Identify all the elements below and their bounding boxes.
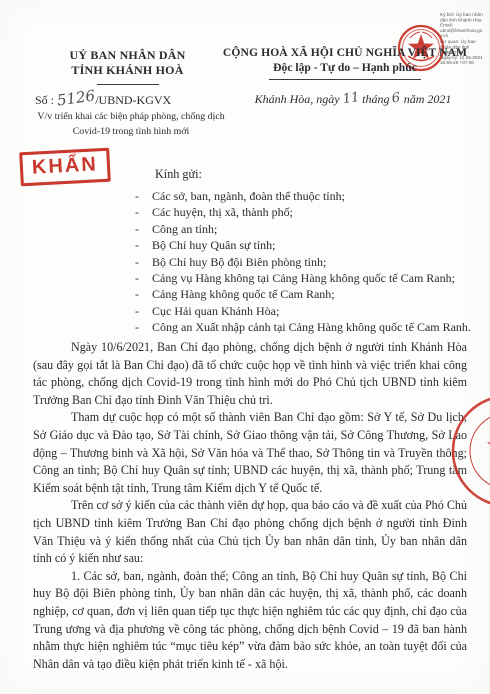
official-round-seal: ỦY BAN NHÂN DÂN xyxy=(448,391,490,511)
national-title: CỘNG HOÀ XÃ HỘI CHỦ NGHĨA VIỆT NAM xyxy=(222,46,468,60)
national-header-block: CỘNG HOÀ XÃ HỘI CHỦ NGHĨA VIỆT NAM Độc l… xyxy=(222,46,468,80)
recipient-item: - Các sở, ban, ngành, đoàn thể thuộc tỉn… xyxy=(135,188,471,204)
date-part1: Khánh Hòa, ngày xyxy=(255,92,340,106)
body-paragraph: 1. Các sở, ban, ngành, đoàn thể; Công an… xyxy=(33,568,467,674)
recipient-label: Các huyện, thị xã, thành phố; xyxy=(152,204,293,220)
recipient-list: - Các sở, ban, ngành, đoàn thể thuộc tỉn… xyxy=(135,188,471,336)
body-paragraph: Trên cơ sở ý kiến của các thành viên dự … xyxy=(33,497,467,567)
document-page: Ký bởi: Ủy ban nhân dân tỉnh Khánh Hòa E… xyxy=(0,0,490,694)
recipient-bullet: - xyxy=(135,303,152,319)
recipient-bullet: - xyxy=(135,204,152,220)
recipient-item: - Cục Hải quan Khánh Hòa; xyxy=(135,303,471,319)
date-part3: năm 2021 xyxy=(404,92,452,106)
recipient-label: Công an tỉnh; xyxy=(152,221,217,237)
recipient-label: Các sở, ban, ngành, đoàn thể thuộc tỉnh; xyxy=(152,188,345,204)
recipient-bullet: - xyxy=(135,286,152,302)
recipient-item: - Cảng vụ Hàng không tại Cảng Hàng không… xyxy=(135,270,471,286)
recipient-bullet: - xyxy=(135,319,152,335)
recipient-item: - Bộ Chỉ huy Bộ đội Biên phòng tỉnh; xyxy=(135,254,471,270)
document-body: Ngày 10/6/2021, Ban Chỉ đạo phòng, chống… xyxy=(33,339,467,673)
date-part2: tháng xyxy=(362,92,389,106)
recipient-label: Cảng Hàng không quốc tế Cam Ranh; xyxy=(152,286,335,302)
recipient-label: Cục Hải quan Khánh Hòa; xyxy=(152,303,279,319)
recipient-item: - Các huyện, thị xã, thành phố; xyxy=(135,204,471,220)
recipient-item: - Công an tỉnh; xyxy=(135,221,471,237)
body-paragraph-text: 1. Các sở, ban, ngành, đoàn thể; Công an… xyxy=(33,569,467,671)
doc-number-suffix: /UBND-KGVX xyxy=(95,93,171,107)
body-paragraph-text: Ngày 10/6/2021, Ban Chỉ đạo phòng, chống… xyxy=(33,340,467,407)
recipient-item: - Cảng Hàng không quốc tế Cam Ranh; xyxy=(135,286,471,302)
body-paragraph: Tham dự cuộc họp có một số thành viên Ba… xyxy=(33,409,467,497)
body-paragraph-text: Tham dự cuộc họp có một số thành viên Ba… xyxy=(33,410,467,494)
document-number-line: Số : 5126/UBND-KGVX xyxy=(35,90,171,108)
issuer-block: UỶ BAN NHÂN DÂN TỈNH KHÁNH HOÀ xyxy=(30,48,225,85)
date-day-handwritten: 11 xyxy=(341,90,359,107)
recipient-bullet: - xyxy=(135,254,152,270)
national-motto: Độc lập - Tự do – Hạnh phúc xyxy=(222,60,468,76)
motto-divider xyxy=(269,79,421,80)
date-month-handwritten: 6 xyxy=(391,91,401,107)
doc-number-prefix: Số : xyxy=(35,93,54,107)
salutation: Kính gửi: xyxy=(155,167,202,182)
body-paragraph: Ngày 10/6/2021, Ban Chỉ đạo phòng, chống… xyxy=(33,339,467,409)
recipient-bullet: - xyxy=(135,237,152,253)
recipient-label: Bộ Chỉ huy Bộ đội Biên phòng tỉnh; xyxy=(152,254,326,270)
body-paragraph-text: Trên cơ sở ý kiến của các thành viên dự … xyxy=(33,498,467,565)
recipient-bullet: - xyxy=(135,188,152,204)
recipient-bullet: - xyxy=(135,270,152,286)
recipient-bullet: - xyxy=(135,221,152,237)
issuer-name-line1: UỶ BAN NHÂN DÂN xyxy=(30,48,225,63)
recipient-item: - Công an Xuất nhập cảnh tại Cảng Hàng k… xyxy=(135,319,471,335)
recipient-label: Bộ Chỉ huy Quân sự tỉnh; xyxy=(152,237,276,253)
recipient-item: - Bộ Chỉ huy Quân sự tỉnh; xyxy=(135,237,471,253)
document-subject: V/v triển khai các biện pháp phòng, chốn… xyxy=(33,110,229,139)
issuer-divider xyxy=(97,84,159,85)
recipient-label: Công an Xuất nhập cảnh tại Cảng Hàng khô… xyxy=(152,319,471,335)
place-date-line: Khánh Hòa, ngày 11 tháng 6 năm 2021 xyxy=(238,92,468,107)
doc-number-handwritten: 5126 xyxy=(56,86,96,109)
urgent-stamp: KHẨN xyxy=(19,148,110,187)
recipient-label: Cảng vụ Hàng không tại Cảng Hàng không q… xyxy=(152,270,455,286)
issuer-name-line2: TỈNH KHÁNH HOÀ xyxy=(30,63,225,78)
